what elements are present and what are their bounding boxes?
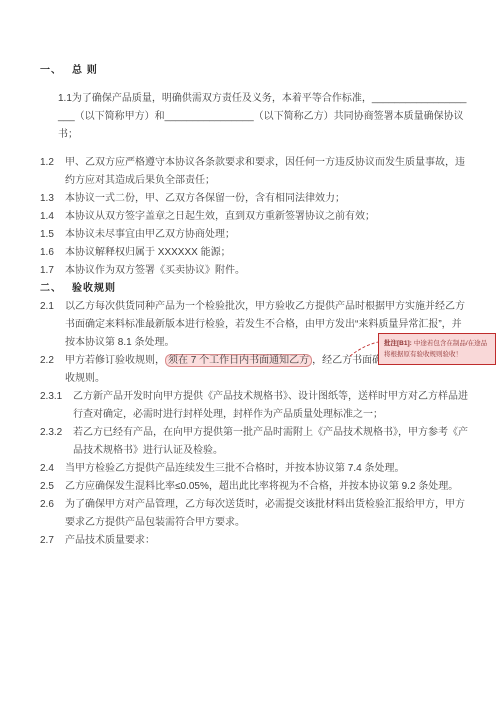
clause-number: 2.2 <box>40 352 65 388</box>
clause-2-4: 2.4 当甲方检验乙方提供产品连续发生三批不合格时，并按本协议第 7.4 条处理… <box>40 460 470 478</box>
commented-text-highlight: 须在 7 个工作日内书面通知乙方 <box>165 354 312 367</box>
clause-text: 本协议从双方签字盖章之日起生效，直到双方重新签署协议之前有效； <box>65 208 470 226</box>
clause-number: 2.5 <box>40 478 65 496</box>
clause-1-5: 1.5 本协议未尽事宜由甲乙双方协商处理； <box>40 226 470 244</box>
clause-text: 为了确保产品质量，明确供需双方责任及义务，本着平等合作标准，__________… <box>58 93 466 140</box>
document-page: 一、 总 则 1.1为了确保产品质量，明确供需双方责任及义务，本着平等合作标准，… <box>0 0 500 707</box>
section-number: 一、 <box>40 62 72 80</box>
clause-text: 乙方应确保发生混料比率≤0.05%，超出此比率将视为不合格，并按本协议第 9.2… <box>65 478 470 496</box>
clause-text: 当甲方检验乙方提供产品连续发生三批不合格时，并按本协议第 7.4 条处理。 <box>65 460 470 478</box>
section-heading-general: 一、 总 则 <box>40 62 470 80</box>
clause-1-2: 1.2 甲、乙双方应严格遵守本协议各条款要求和要求，因任何一方违反协议而发生质量… <box>40 154 470 190</box>
clause-number: 2.3.1 <box>40 388 73 424</box>
comment-label: 批注[B1]: <box>384 340 412 347</box>
clause-number: 2.3.2 <box>40 424 73 460</box>
clause-number: 1.7 <box>40 262 65 280</box>
clause-number: 1.4 <box>40 208 65 226</box>
clause-text: 产品技术质量要求： <box>65 532 470 550</box>
clause-2-3-2: 2.3.2 若乙方已经有产品，在向甲方提供第一批产品时需附上《产品技术规格书》，… <box>40 424 470 460</box>
comment-connector-line <box>348 336 380 360</box>
clause-number: 1.5 <box>40 226 65 244</box>
clause-number: 1.1 <box>58 93 72 104</box>
section-title: 总 则 <box>72 62 98 80</box>
comment-box: 批注[B1]:中途若包含在制品/在途品将根据原有验收规则验收！ <box>378 333 496 365</box>
clause-1-4: 1.4 本协议从双方签字盖章之日起生效，直到双方重新签署协议之前有效； <box>40 208 470 226</box>
clause-number: 2.4 <box>40 460 65 478</box>
clause-text: 本协议解释权归属于 XXXXXX 能源； <box>65 244 470 262</box>
clause-1-3: 1.3 本协议一式二份，甲、乙双方各保留一份，含有相同法律效力； <box>40 190 470 208</box>
clause-text: 本协议作为双方签署《买卖协议》附件。 <box>65 262 470 280</box>
clause-2-7: 2.7 产品技术质量要求： <box>40 532 470 550</box>
clause-number: 1.2 <box>40 154 65 190</box>
clause-1-1: 1.1为了确保产品质量，明确供需双方责任及义务，本着平等合作标准，_______… <box>58 90 470 144</box>
clause-2-5: 2.5 乙方应确保发生混料比率≤0.05%，超出此比率将视为不合格，并按本协议第… <box>40 478 470 496</box>
section-number: 二、 <box>40 280 72 298</box>
clause-text: 本协议未尽事宜由甲乙双方协商处理； <box>65 226 470 244</box>
clause-text-pre: 甲方若修订验收规则， <box>65 355 165 366</box>
clause-number: 2.7 <box>40 532 65 550</box>
clause-1-6: 1.6 本协议解释权归属于 XXXXXX 能源； <box>40 244 470 262</box>
clause-2-3-1: 2.3.1 乙方新产品开发时向甲方提供《产品技术规格书》、设计图纸等，送样时甲方… <box>40 388 470 424</box>
clause-number: 2.1 <box>40 298 65 352</box>
clause-2-6: 2.6 为了确保甲方对产品管理，乙方每次送货时，必需提交该批材料出货检验汇报给甲… <box>40 496 470 532</box>
section-heading-acceptance-rules: 二、 验收规则 <box>40 280 470 298</box>
clause-text: 若乙方已经有产品，在向甲方提供第一批产品时需附上《产品技术规格书》，甲方参考《产… <box>73 424 470 460</box>
clause-text: 为了确保甲方对产品管理，乙方每次送货时，必需提交该批材料出货检验汇报给甲方，甲方… <box>65 496 470 532</box>
clause-text: 本协议一式二份，甲、乙双方各保留一份，含有相同法律效力； <box>65 190 470 208</box>
document-content: 一、 总 则 1.1为了确保产品质量，明确供需双方责任及义务，本着平等合作标准，… <box>40 62 470 550</box>
clause-1-7: 1.7 本协议作为双方签署《买卖协议》附件。 <box>40 262 470 280</box>
clause-text: 乙方新产品开发时向甲方提供《产品技术规格书》、设计图纸等，送样时甲方对乙方样品进… <box>73 388 470 424</box>
section-title: 验收规则 <box>72 280 116 298</box>
clause-text: 甲、乙双方应严格遵守本协议各条款要求和要求，因任何一方违反协议而发生质量事故，违… <box>65 154 470 190</box>
clause-number: 1.6 <box>40 244 65 262</box>
clause-number: 1.3 <box>40 190 65 208</box>
clause-number: 2.6 <box>40 496 65 532</box>
